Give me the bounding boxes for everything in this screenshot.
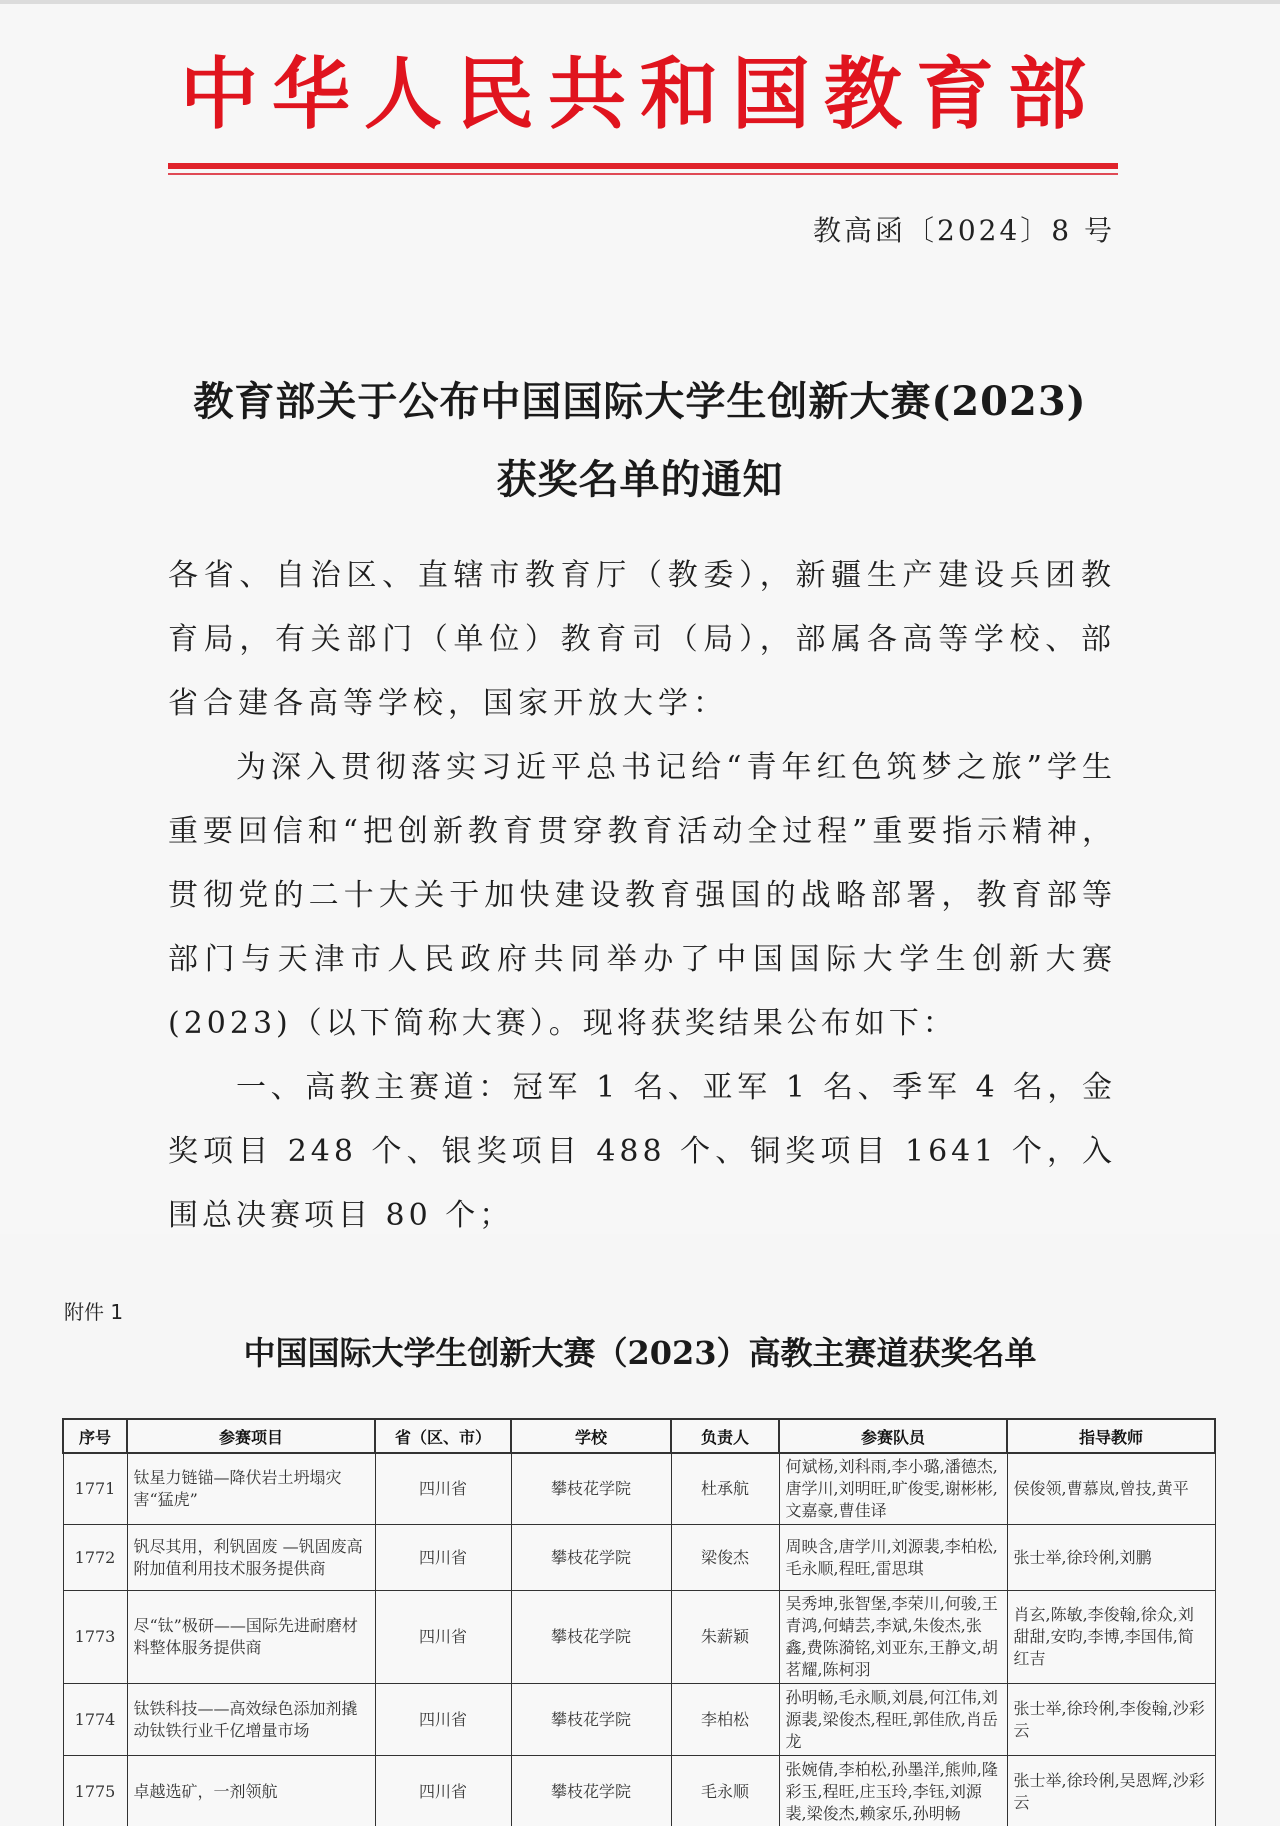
cell-project: 尽“钛”极研——国际先进耐磨材料整体服务提供商 (127, 1591, 375, 1684)
cell-school: 攀枝花学院 (511, 1525, 671, 1591)
notice-title-line2: 获奖名单的通知 (0, 448, 1280, 505)
cell-number: 1772 (63, 1525, 127, 1591)
cell-advisors: 侯俊领,曹慕岚,曾技,黄平 (1007, 1453, 1215, 1525)
table-row: 1772 钒尽其用，利钒固废 —钒固废高附加值利用技术服务提供商 四川省 攀枝花… (63, 1525, 1215, 1591)
cell-school: 攀枝花学院 (511, 1756, 671, 1826)
cell-province: 四川省 (375, 1453, 511, 1525)
red-divider-thin (168, 173, 1118, 175)
cell-project: 钛星力链锚—降伏岩土坍塌灾害“猛虎” (127, 1453, 375, 1525)
cell-leader: 梁俊杰 (671, 1525, 779, 1591)
result-paragraph: 一、高教主赛道：冠军 1 名、亚军 1 名、季军 4 名，金奖项目 248 个、… (168, 1056, 1116, 1248)
intro-paragraph: 为深入贯彻落实习近平总书记给“青年红色筑梦之旅”学生重要回信和“把创新教育贯穿教… (168, 736, 1116, 1056)
table-row: 1773 尽“钛”极研——国际先进耐磨材料整体服务提供商 四川省 攀枝花学院 朱… (63, 1591, 1215, 1684)
cell-province: 四川省 (375, 1525, 511, 1591)
cell-project: 卓越选矿，一剂领航 (127, 1756, 375, 1826)
attachment-label: 附件 1 (64, 1296, 123, 1325)
addressee-paragraph: 各省、自治区、直辖市教育厅（教委），新疆生产建设兵团教育局，有关部门（单位）教育… (168, 544, 1116, 736)
col-header-province: 省（区、市） (375, 1419, 511, 1453)
table-row: 1771 钛星力链锚—降伏岩土坍塌灾害“猛虎” 四川省 攀枝花学院 杜承航 何斌… (63, 1453, 1215, 1525)
cell-advisors: 张士举,徐玲俐,吴恩辉,沙彩云 (1007, 1756, 1215, 1826)
cell-province: 四川省 (375, 1591, 511, 1684)
cell-advisors: 张士举,徐玲俐,李俊翰,沙彩云 (1007, 1684, 1215, 1756)
awards-table: 序号 参赛项目 省（区、市） 学校 负责人 参赛队员 指导教师 1771 钛星力… (62, 1418, 1216, 1826)
cell-province: 四川省 (375, 1684, 511, 1756)
cell-number: 1773 (63, 1591, 127, 1684)
col-header-members: 参赛队员 (779, 1419, 1007, 1453)
col-header-leader: 负责人 (671, 1419, 779, 1453)
cell-school: 攀枝花学院 (511, 1453, 671, 1525)
cell-members: 吴秀坤,张智堡,李荣川,何骏,王青鸿,何蜻芸,李斌,朱俊杰,张鑫,费陈漪铭,刘亚… (779, 1591, 1007, 1684)
table-row: 1774 钛铁科技——高效绿色添加剂撬动钛铁行业千亿增量市场 四川省 攀枝花学院… (63, 1684, 1215, 1756)
cell-leader: 毛永顺 (671, 1756, 779, 1826)
col-header-project: 参赛项目 (127, 1419, 375, 1453)
cell-leader: 杜承航 (671, 1453, 779, 1525)
cell-number: 1771 (63, 1453, 127, 1525)
col-header-school: 学校 (511, 1419, 671, 1453)
cell-advisors: 张士举,徐玲俐,刘鹏 (1007, 1525, 1215, 1591)
col-header-advisors: 指导教师 (1007, 1419, 1215, 1453)
cell-school: 攀枝花学院 (511, 1684, 671, 1756)
notice-page: 中华人民共和国教育部 教高函〔2024〕8 号 教育部关于公布中国国际大学生创新… (0, 4, 1280, 1234)
cell-project: 钒尽其用，利钒固废 —钒固废高附加值利用技术服务提供商 (127, 1525, 375, 1591)
red-divider-thick (168, 163, 1118, 169)
document-number: 教高函〔2024〕8 号 (813, 209, 1115, 249)
cell-number: 1775 (63, 1756, 127, 1826)
table-row: 1775 卓越选矿，一剂领航 四川省 攀枝花学院 毛永顺 张婉倩,李柏松,孙墨洋… (63, 1756, 1215, 1826)
col-header-number: 序号 (63, 1419, 127, 1453)
cell-leader: 李柏松 (671, 1684, 779, 1756)
attachment-title: 中国国际大学生创新大赛（2023）高教主赛道获奖名单 (0, 1328, 1280, 1374)
cell-school: 攀枝花学院 (511, 1591, 671, 1684)
cell-leader: 朱薪颖 (671, 1591, 779, 1684)
cell-members: 张婉倩,李柏松,孙墨洋,熊帅,隆彩玉,程旺,庄玉玲,李钰,刘源裴,梁俊杰,赖家乐… (779, 1756, 1007, 1826)
cell-members: 孙明畅,毛永顺,刘晨,何江伟,刘源裴,梁俊杰,程旺,郭佳欣,肖岳龙 (779, 1684, 1007, 1756)
cell-number: 1774 (63, 1684, 127, 1756)
notice-title-line1: 教育部关于公布中国国际大学生创新大赛(2023) (0, 370, 1280, 427)
table-header-row: 序号 参赛项目 省（区、市） 学校 负责人 参赛队员 指导教师 (63, 1419, 1215, 1453)
cell-project: 钛铁科技——高效绿色添加剂撬动钛铁行业千亿增量市场 (127, 1684, 375, 1756)
cell-province: 四川省 (375, 1756, 511, 1826)
ministry-masthead: 中华人民共和国教育部 (0, 50, 1280, 140)
cell-members: 何斌杨,刘科雨,李小璐,潘德杰,唐学川,刘明旺,旷俊雯,谢彬彬,文嘉豪,曹佳译 (779, 1453, 1007, 1525)
cell-advisors: 肖玄,陈敏,李俊翰,徐众,刘甜甜,安昀,李博,李国伟,简红吉 (1007, 1591, 1215, 1684)
cell-members: 周映含,唐学川,刘源裴,李柏松,毛永顺,程旺,雷思琪 (779, 1525, 1007, 1591)
